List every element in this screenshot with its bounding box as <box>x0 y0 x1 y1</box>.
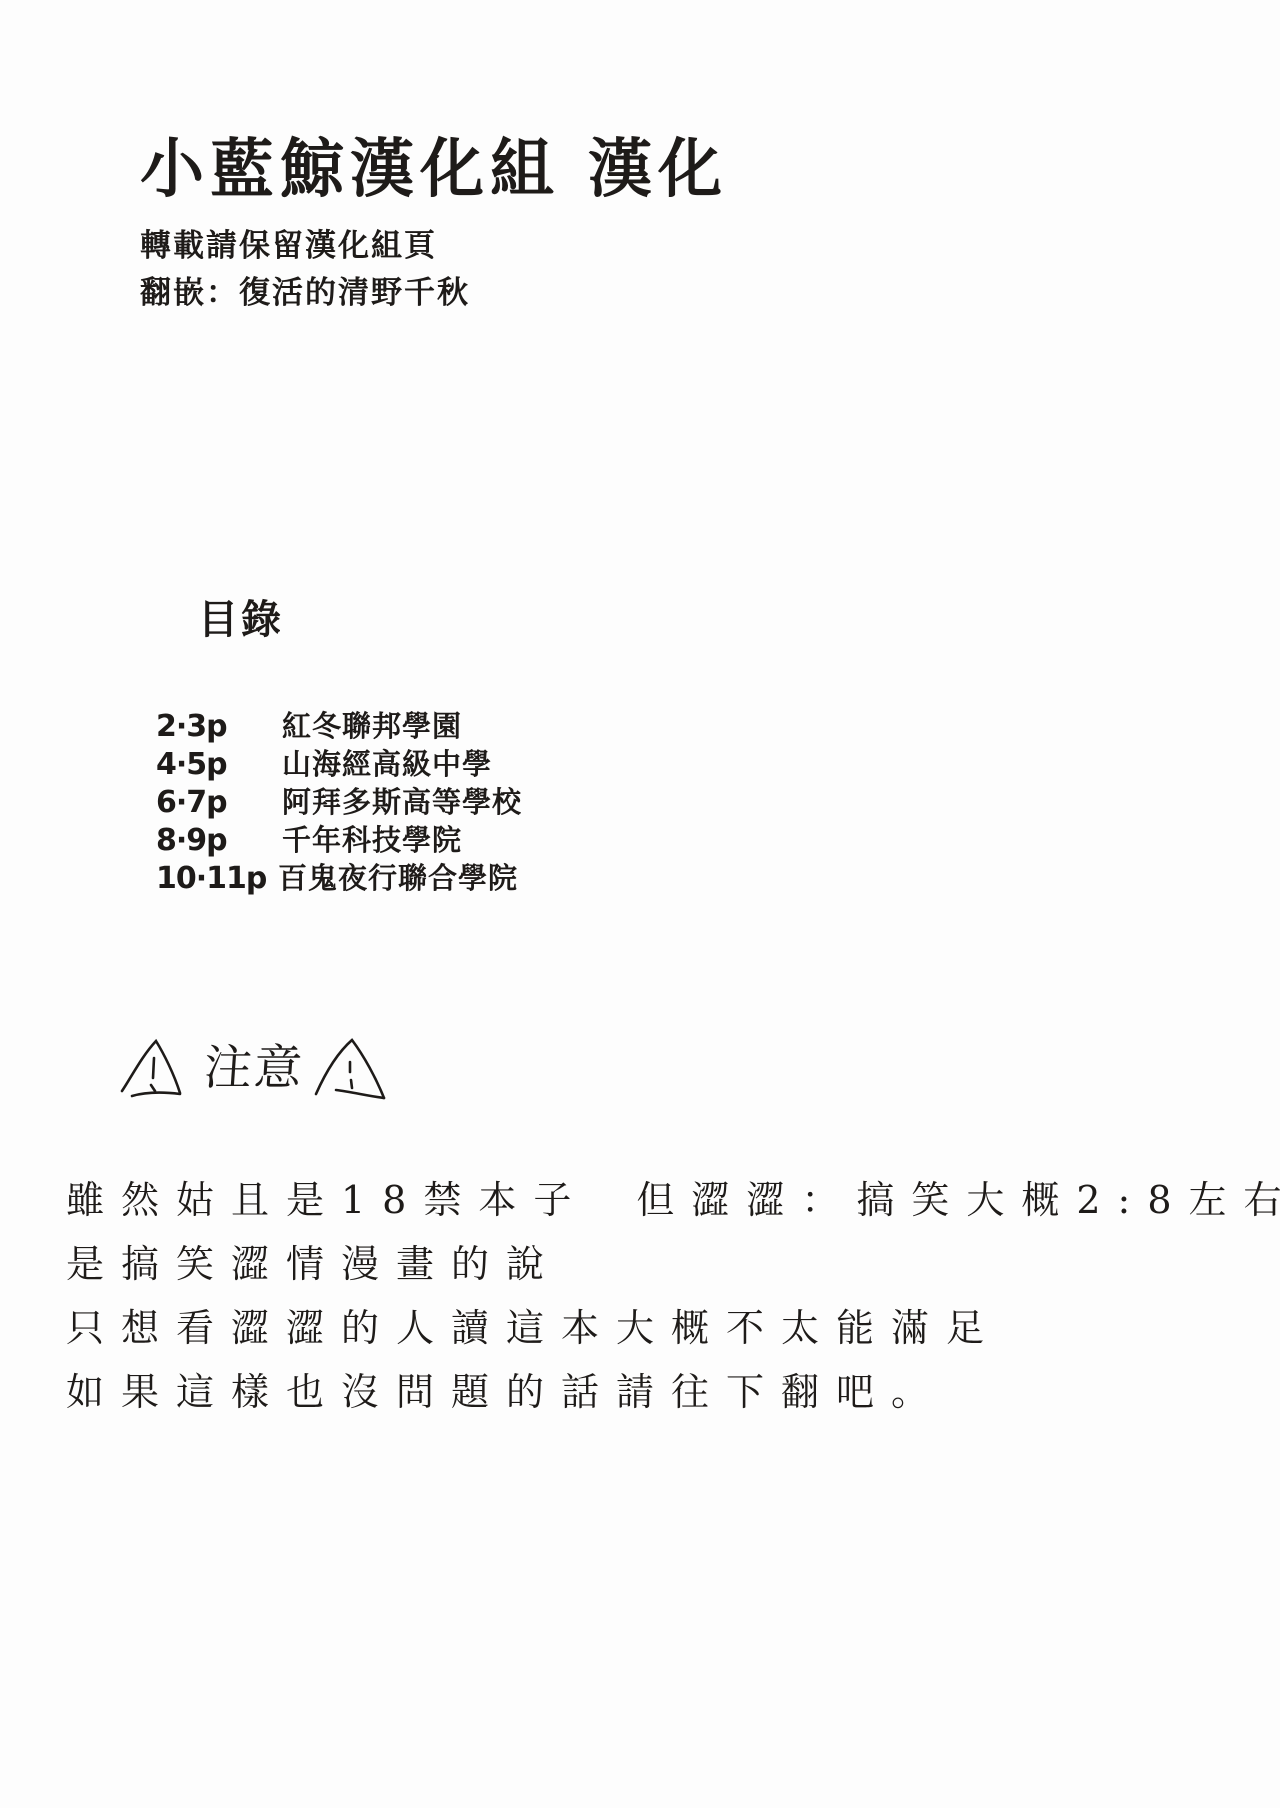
toc-heading: 目錄 <box>198 594 284 646</box>
toc-school-name: 百鬼夜行聯合學院 <box>278 859 518 897</box>
warning-triangle-icon <box>118 1036 188 1100</box>
toc-page-range: 10·11p <box>156 860 278 898</box>
toc-entry: 10·11p 百鬼夜行聯合學院 <box>156 859 522 897</box>
toc-page-range: 6·7p <box>156 784 282 822</box>
toc-school-name: 紅冬聯邦學園 <box>282 707 462 745</box>
toc-page-range: 4·5p <box>156 746 282 784</box>
warning-triangle-icon <box>312 1032 388 1104</box>
toc-entry: 4·5p 山海經高級中學 <box>156 745 522 783</box>
notice-text: 雖然姑且是18禁本子 <box>66 1178 588 1222</box>
toc-school-name: 山海經高級中學 <box>282 745 492 783</box>
toc-school-name: 千年科技學院 <box>282 821 462 859</box>
title-suffix: 漢化 <box>588 133 728 207</box>
toc-entry: 6·7p 阿拜多斯高等學校 <box>156 783 522 821</box>
warning-label: 注意 <box>202 1038 306 1098</box>
toc-entry: 8·9p 千年科技學院 <box>156 821 522 859</box>
notice-text: 但澀澀：搞笑大概2:8左右 <box>636 1178 1280 1222</box>
group-name: 小藍鯨漢化組 <box>140 133 560 207</box>
repost-notice: 轉載請保留漢化組頁 <box>140 226 437 266</box>
notice-line: 是搞笑澀情漫畫的說 <box>66 1232 1280 1296</box>
toc-school-name: 阿拜多斯高等學校 <box>282 783 522 821</box>
notice-line: 雖然姑且是18禁本子但澀澀：搞笑大概2:8左右 <box>66 1168 1280 1232</box>
group-title: 小藍鯨漢化組漢化 <box>140 128 728 212</box>
toc-page-range: 2·3p <box>156 708 282 746</box>
toc-entry: 2·3p 紅冬聯邦學園 <box>156 707 522 745</box>
warning-header: 注意 <box>118 1026 388 1110</box>
table-of-contents: 2·3p 紅冬聯邦學園 4·5p 山海經高級中學 6·7p 阿拜多斯高等學校 8… <box>156 707 522 897</box>
notice-line: 只想看澀澀的人讀這本大概不太能滿足 <box>66 1296 1280 1360</box>
notice-line: 如果這樣也沒問題的話請往下翻吧。 <box>66 1360 1280 1424</box>
translator-credit: 翻嵌：復活的清野千秋 <box>140 273 470 313</box>
content-notice: 雖然姑且是18禁本子但澀澀：搞笑大概2:8左右 是搞笑澀情漫畫的說 只想看澀澀的… <box>66 1168 1280 1424</box>
toc-page-range: 8·9p <box>156 822 282 860</box>
